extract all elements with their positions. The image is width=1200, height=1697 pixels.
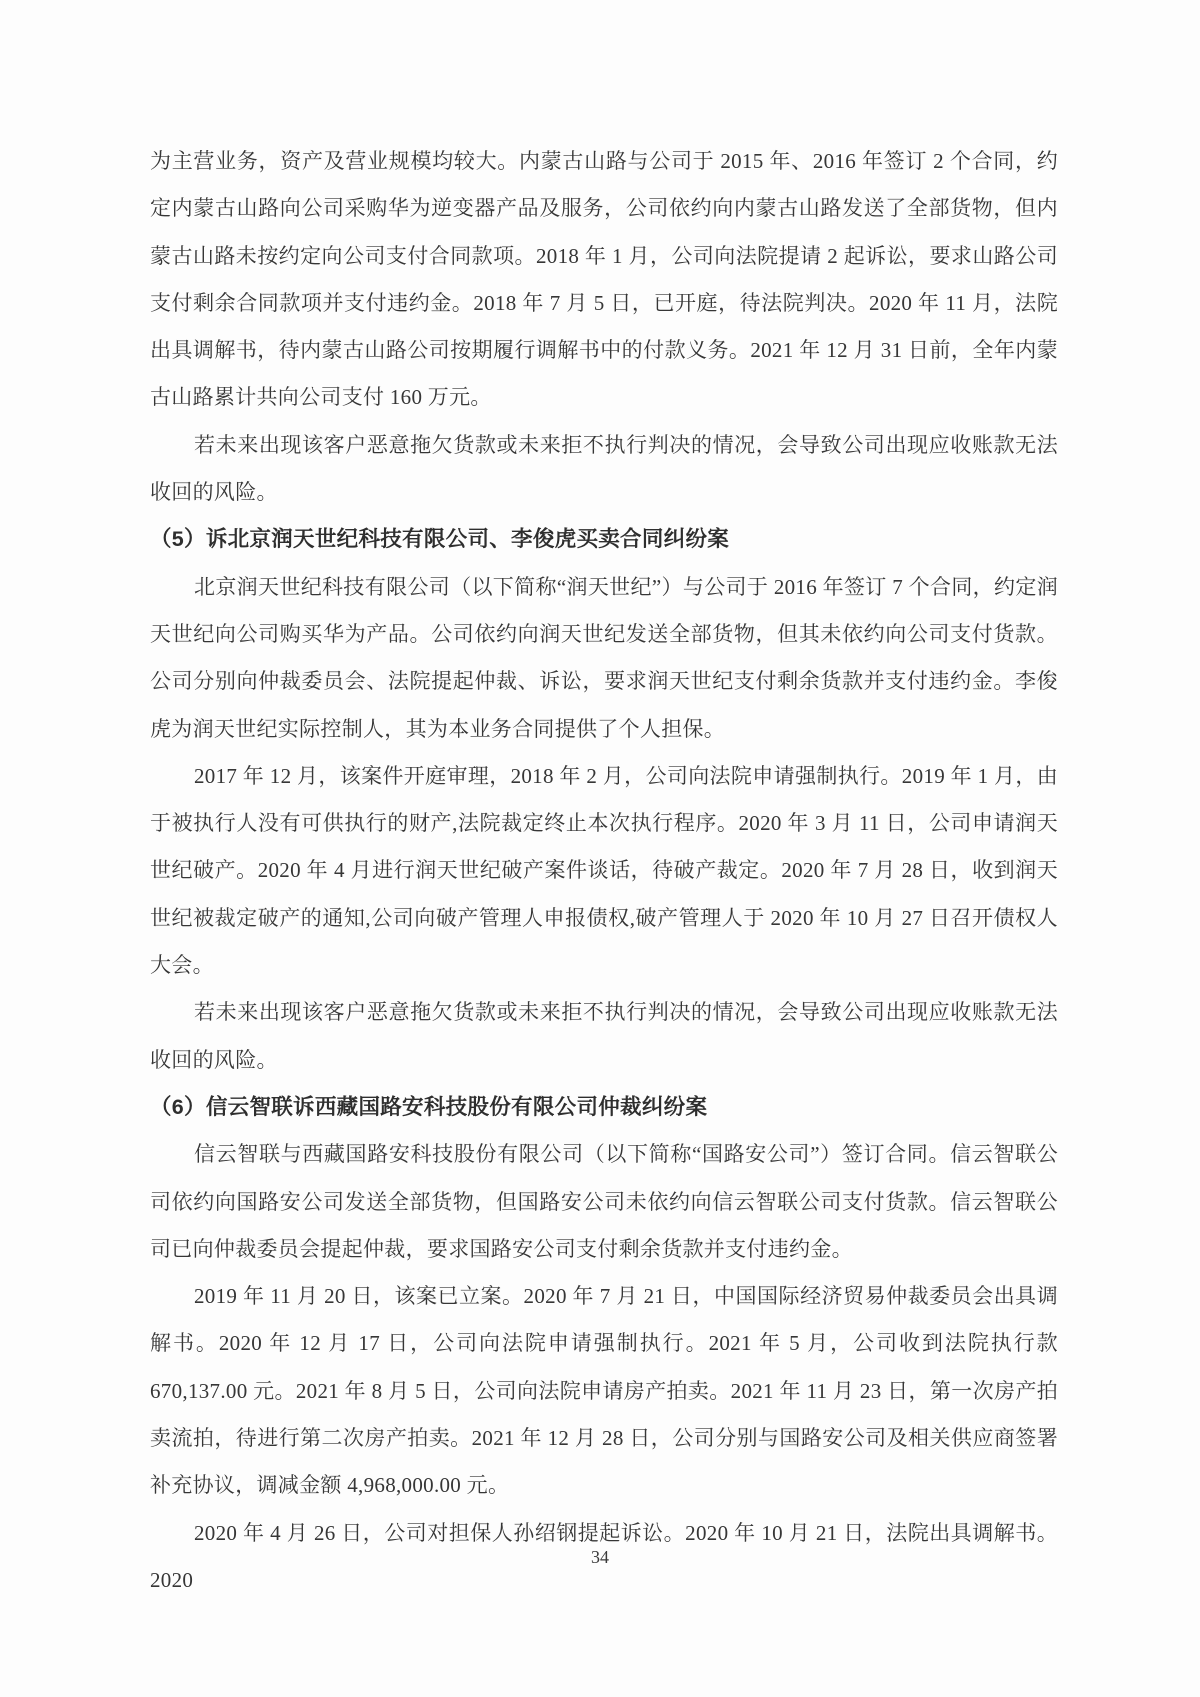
document-content: 为主营业务，资产及营业规模均较大。内蒙古山路与公司于 2015 年、2016 年…: [150, 138, 1058, 1604]
section6-paragraph-2: 2019 年 11 月 20 日，该案已立案。2020 年 7 月 21 日，中…: [150, 1273, 1058, 1509]
document-page: 为主营业务，资产及营业规模均较大。内蒙古山路与公司于 2015 年、2016 年…: [0, 0, 1200, 1697]
section-heading-5: （5）诉北京润天世纪科技有限公司、李俊虎买卖合同纠纷案: [150, 516, 1058, 563]
page-footer: 34: [0, 1543, 1200, 1571]
paragraph-continuation: 为主营业务，资产及营业规模均较大。内蒙古山路与公司于 2015 年、2016 年…: [150, 138, 1058, 422]
section-heading-6: （6）信云智联诉西藏国路安科技股份有限公司仲裁纠纷案: [150, 1084, 1058, 1131]
page-number: 34: [591, 1547, 609, 1567]
section5-paragraph-1: 北京润天世纪科技有限公司（以下简称“润天世纪”）与公司于 2016 年签订 7 …: [150, 564, 1058, 753]
risk-note-paragraph: 若未来出现该客户恶意拖欠货款或未来拒不执行判决的情况，会导致公司出现应收账款无法…: [150, 989, 1058, 1084]
section5-paragraph-2: 2017 年 12 月，该案件开庭审理，2018 年 2 月，公司向法院申请强制…: [150, 753, 1058, 989]
section6-paragraph-1: 信云智联与西藏国路安科技股份有限公司（以下简称“国路安公司”）签订合同。信云智联…: [150, 1131, 1058, 1273]
risk-note-paragraph: 若未来出现该客户恶意拖欠货款或未来拒不执行判决的情况，会导致公司出现应收账款无法…: [150, 422, 1058, 517]
